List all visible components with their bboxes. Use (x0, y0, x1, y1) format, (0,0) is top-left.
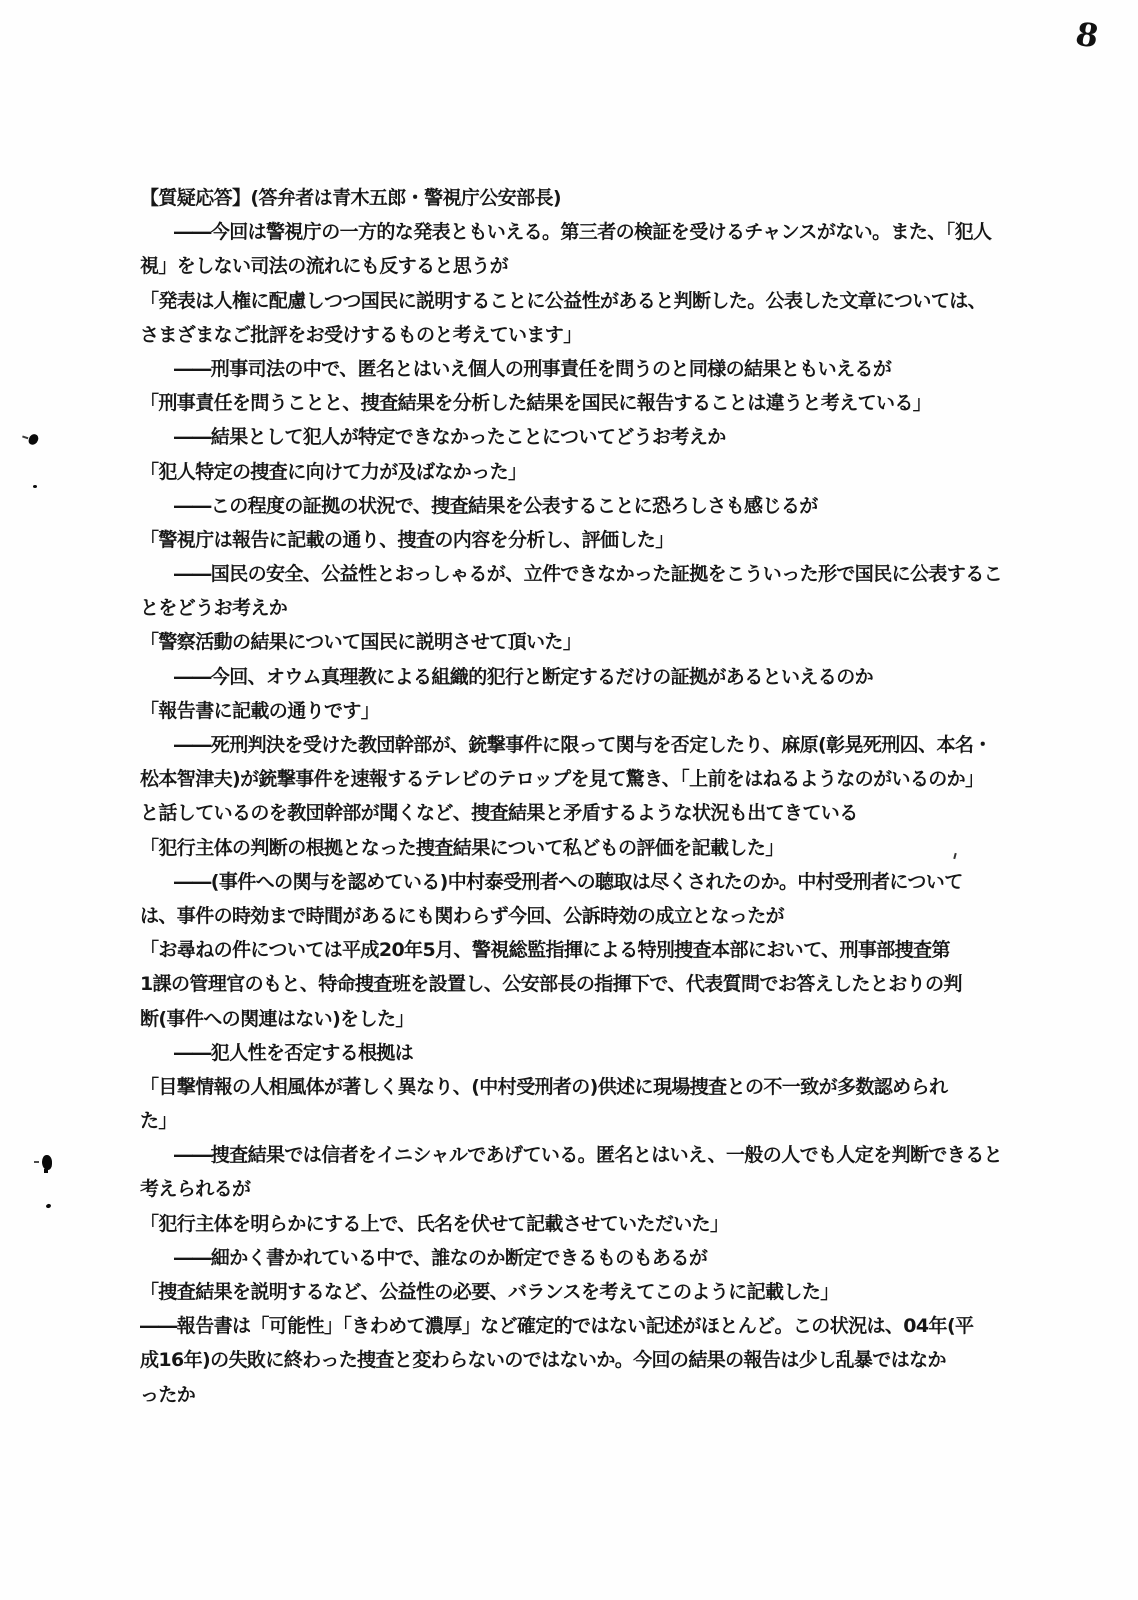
text-line: ったか (140, 1378, 1010, 1412)
text-line: 「犯行主体の判断の根拠となった捜査結果について私どもの評価を記載した」 (140, 831, 1010, 865)
ink-speck (42, 1155, 52, 1170)
question-line: ――報告書は「可能性」「きわめて濃厚」など確定的ではない記述がほとんど。この状況… (140, 1309, 1010, 1343)
text-line: と話しているのを教団幹部が聞くなど、捜査結果と矛盾するような状況も出てきている (140, 796, 1010, 830)
qa-transcript-text-block: 【質疑応答】(答弁者は青木五郎・警視庁公安部長)――今回は警視庁の一方的な発表と… (140, 181, 1010, 1412)
text-line: 「お尋ねの件については平成20年5月、警視総監指揮による特別捜査本部において、刑… (140, 933, 1010, 967)
text-line: 「発表は人権に配慮しつつ国民に説明することに公益性があると判断した。公表した文章… (140, 284, 1010, 318)
ink-speck (28, 433, 40, 446)
text-line: 「警視庁は報告に記載の通り、捜査の内容を分析し、評価した」 (140, 523, 1010, 557)
text-line: 「捜査結果を説明するなど、公益性の必要、バランスを考えてこのように記載した」 (140, 1275, 1010, 1309)
ink-speck (45, 1203, 51, 1208)
ink-speck (33, 485, 37, 488)
text-line: 「報告書に記載の通りです」 (140, 694, 1010, 728)
text-line: 断(事件への関連はない)をした」 (140, 1002, 1010, 1036)
text-line: は、事件の時効まで時間があるにも関わらず今回、公訴時効の成立となったが (140, 899, 1010, 933)
text-line: 「警察活動の結果について国民に説明させて頂いた」 (140, 625, 1010, 659)
text-line: 視」をしない司法の流れにも反すると思うが (140, 249, 1010, 283)
text-line: 1課の管理官のもと、特命捜査班を設置し、公安部長の指揮下で、代表質問でお答えした… (140, 967, 1010, 1001)
question-line: ――細かく書かれている中で、誰なのか断定できるものもあるが (140, 1241, 1010, 1275)
question-line: ――刑事司法の中で、匿名とはいえ個人の刑事責任を問うのと同様の結果ともいえるが (140, 352, 1010, 386)
handwritten-page-number: 8 (1073, 15, 1102, 55)
text-line: 「刑事責任を問うことと、捜査結果を分析した結果を国民に報告することは違うと考えて… (140, 386, 1010, 420)
question-line: ――この程度の証拠の状況で、捜査結果を公表することに恐ろしさも感じるが (140, 489, 1010, 523)
question-line: ――死刑判決を受けた教団幹部が、銃撃事件に限って関与を否定したり、麻原(彰晃死刑… (140, 728, 1010, 762)
text-line: 松本智津夫)が銃撃事件を速報するテレビのテロップを見て驚き、「上前をはねるような… (140, 762, 1010, 796)
text-line: 「目撃情報の人相風体が著しく異なり、(中村受刑者の)供述に現場捜査との不一致が多… (140, 1070, 1010, 1104)
question-line: ――国民の安全、公益性とおっしゃるが、立件できなかった証拠をこういった形で国民に… (140, 557, 1010, 591)
question-line: ――今回、オウム真理教による組織的犯行と断定するだけの証拠があるといえるのか (140, 660, 1010, 694)
question-line: ――(事件への関与を認めている)中村泰受刑者への聴取は尽くされたのか。中村受刑者… (140, 865, 1010, 899)
text-line: 【質疑応答】(答弁者は青木五郎・警視庁公安部長) (140, 181, 1010, 215)
question-line: ――犯人性を否定する根拠は (140, 1036, 1010, 1070)
text-line: さまざまなご批評をお受けするものと考えています」 (140, 318, 1010, 352)
question-line: ――今回は警視庁の一方的な発表ともいえる。第三者の検証を受けるチャンスがない。ま… (140, 215, 1010, 249)
text-line: た」 (140, 1104, 1010, 1138)
question-line: ――捜査結果では信者をイニシャルであげている。匿名とはいえ、一般の人でも人定を判… (140, 1138, 1010, 1172)
text-line: 「犯人特定の捜査に向けて力が及ばなかった」 (140, 455, 1010, 489)
text-line: 成16年)の失敗に終わった捜査と変わらないのではないか。今回の結果の報告は少し乱… (140, 1343, 1010, 1377)
text-line: 「犯行主体を明らかにする上で、氏名を伏せて記載させていただいた」 (140, 1207, 1010, 1241)
question-line: ――結果として犯人が特定できなかったことについてどうお考えか (140, 420, 1010, 454)
text-line: とをどうお考えか (140, 591, 1010, 625)
scanned-document-page: 8 【質疑応答】(答弁者は青木五郎・警視庁公安部長)――今回は警視庁の一方的な発… (0, 0, 1138, 1600)
text-line: 考えられるが (140, 1172, 1010, 1206)
